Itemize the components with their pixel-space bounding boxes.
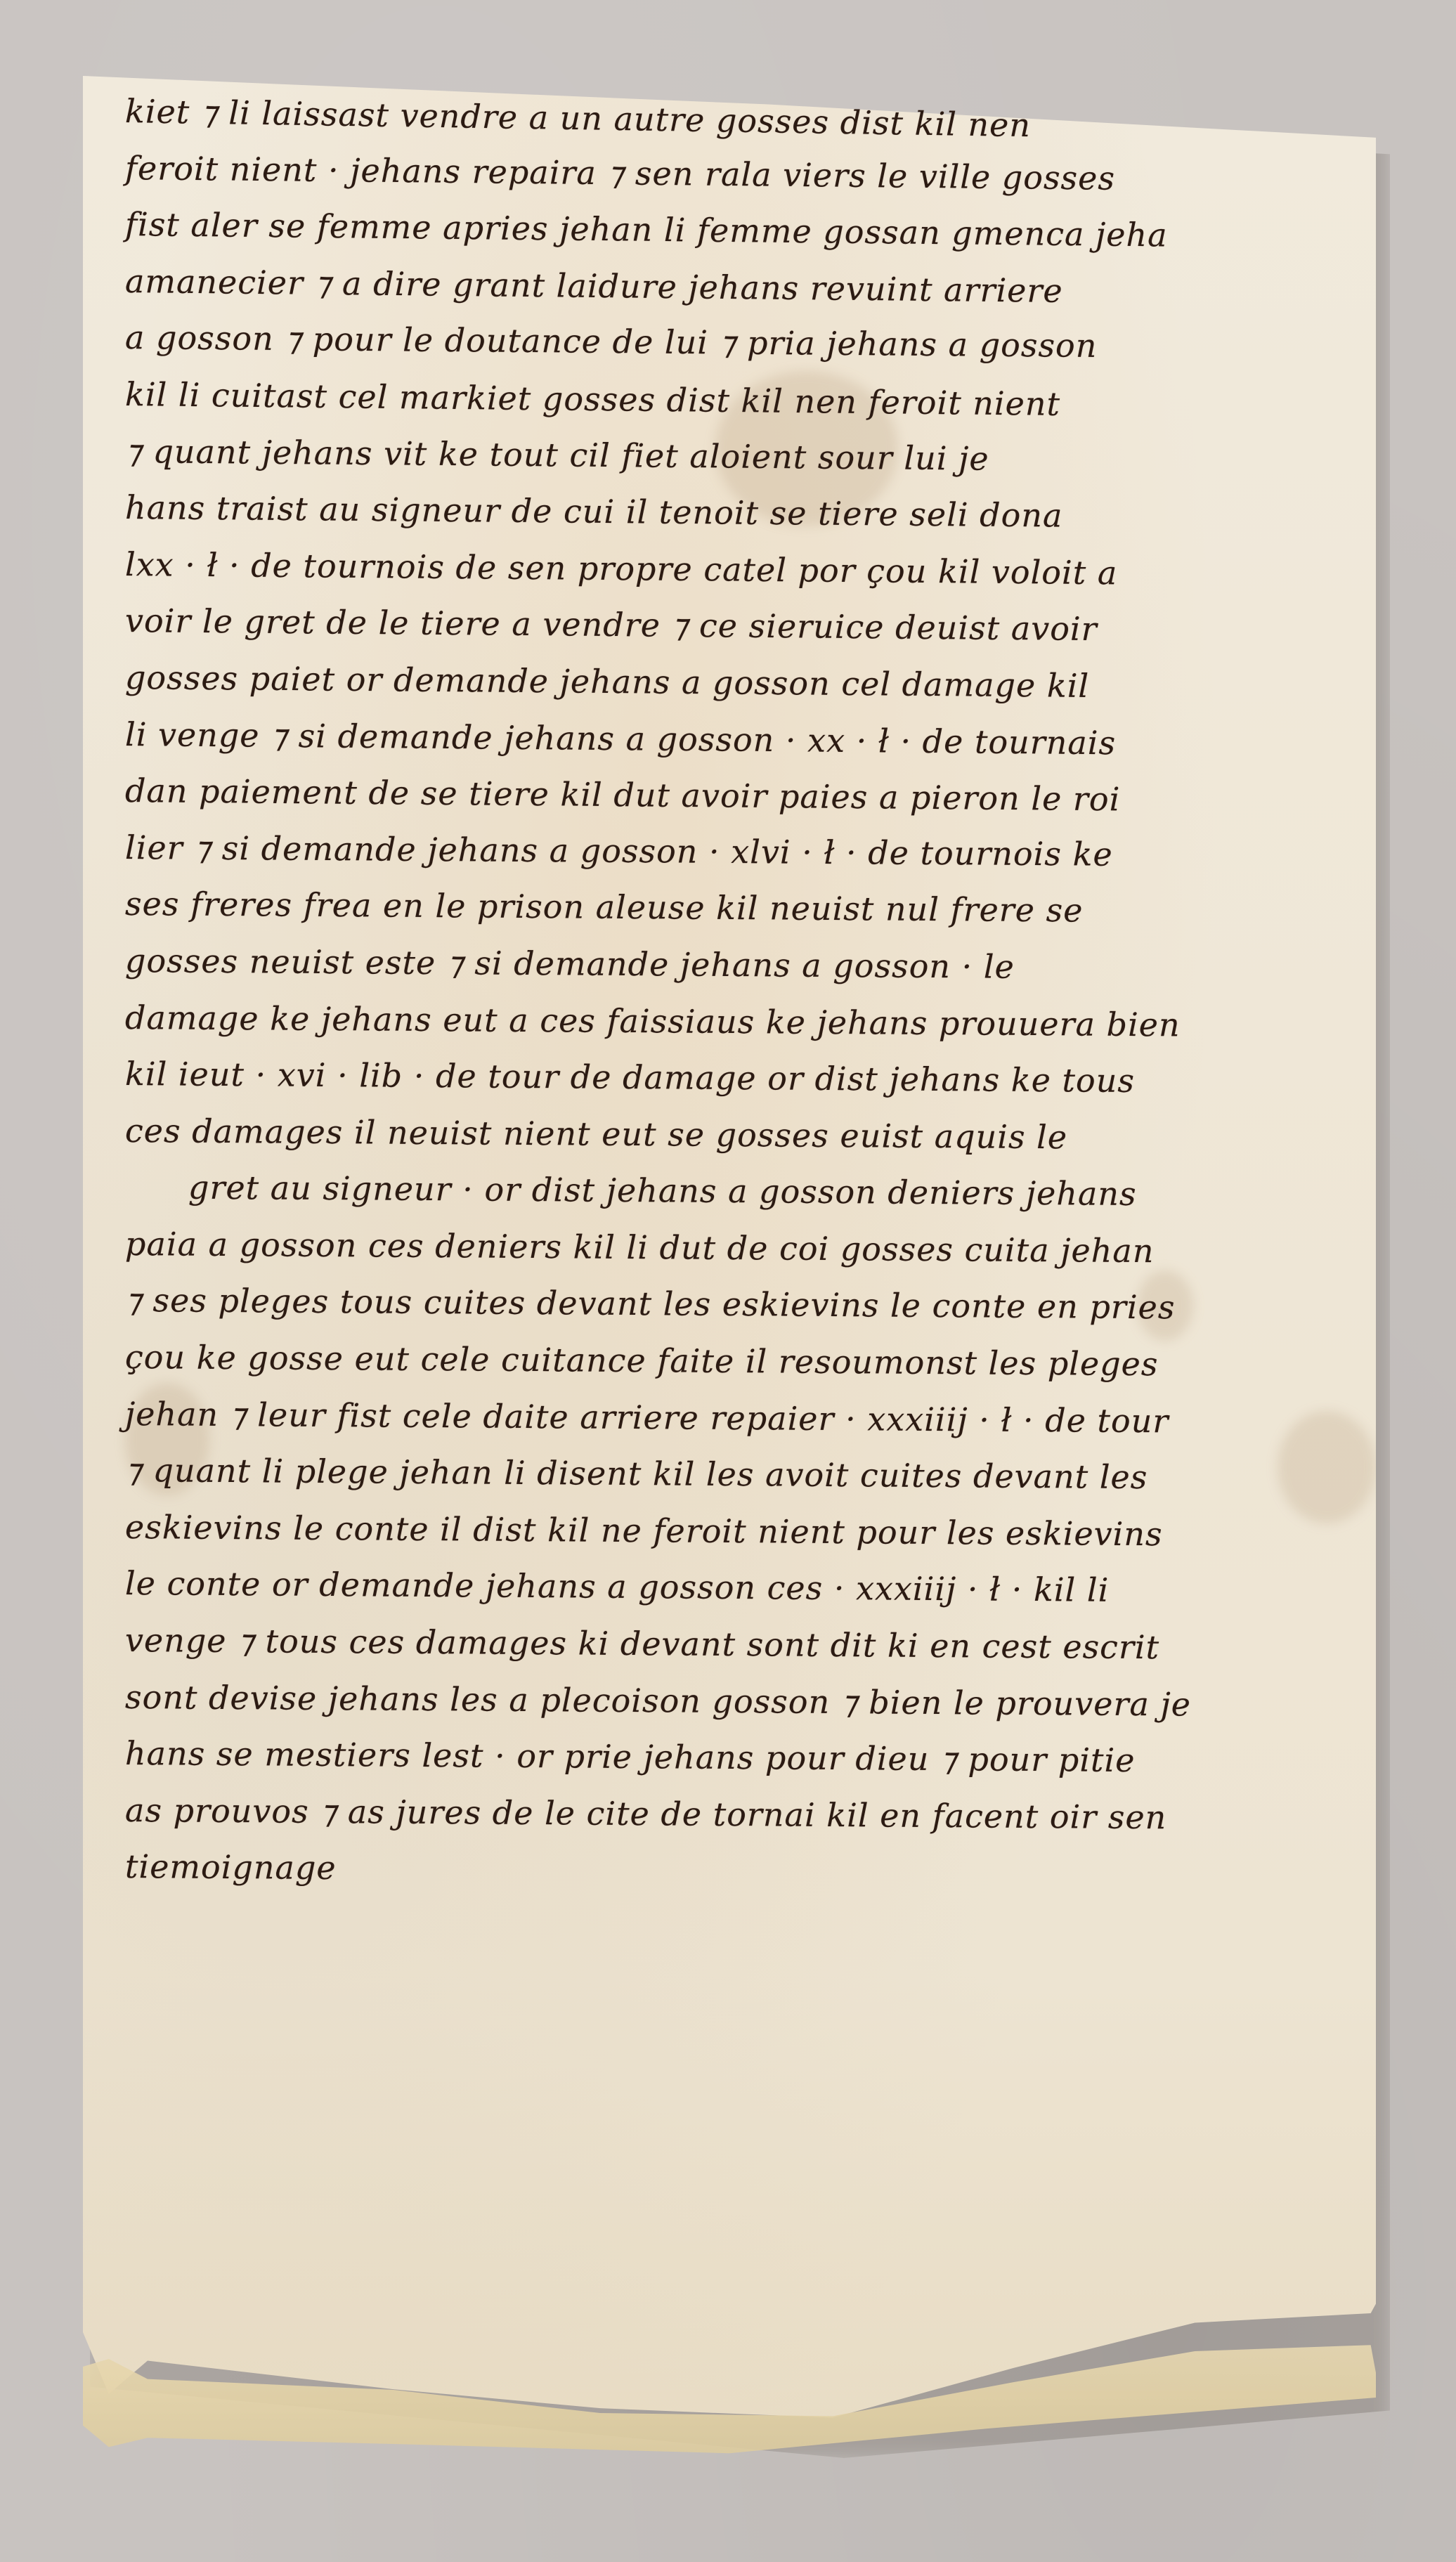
manuscript-line: ⁊ ses pleges tous cuites devant les eski… — [125, 1272, 1370, 1337]
manuscript-line: kil ieut · xvi · lib · de tour de damage… — [125, 1046, 1370, 1111]
manuscript-line: voir le gret de le tiere a vendre ⁊ ce s… — [125, 592, 1370, 660]
manuscript-line: eskievins le conte il dist kil ne feroit… — [125, 1499, 1370, 1564]
manuscript-line: gosses neuist este ⁊ si demande jehans a… — [125, 932, 1370, 998]
manuscript-line: hans traist au signeur de cui il tenoit … — [125, 479, 1370, 547]
manuscript-line: dan paiement de se tiere kil dut avoir p… — [125, 762, 1370, 830]
manuscript-line: ces damages il neuist nient eut se gosse… — [125, 1103, 1370, 1168]
manuscript-text: kiet ⁊ li laissast vendre a un autre gos… — [125, 83, 1369, 1895]
manuscript-line: çou ke gosse eut cele cuitance faite il … — [125, 1329, 1370, 1394]
manuscript-line: li venge ⁊ si demande jehans a gosson · … — [125, 706, 1370, 774]
manuscript-line: lier ⁊ si demande jehans a gosson · xlvi… — [125, 819, 1370, 885]
manuscript-line: ⁊ quant jehans vit ke tout cil fiet aloi… — [125, 423, 1370, 490]
manuscript-line: gosses paiet or demande jehans a gosson … — [125, 649, 1370, 717]
manuscript-line: ⁊ quant li plege jehan li disent kil les… — [125, 1442, 1370, 1507]
manuscript-line: damage ke jehans eut a ces faissiaus ke … — [125, 989, 1370, 1055]
manuscript-line: a gosson ⁊ pour le doutance de lui ⁊ pri… — [125, 309, 1370, 377]
manuscript-line: ses freres frea en le prison aleuse kil … — [125, 876, 1370, 941]
manuscript-line: le conte or demande jehans a gosson ces … — [125, 1555, 1370, 1620]
manuscript-line: sont devise jehans les a plecoison gosso… — [125, 1669, 1370, 1734]
manuscript-line: hans se mestiers lest · or prie jehans p… — [125, 1725, 1370, 1790]
manuscript-line: gret au signeur · or dist jehans a gosso… — [125, 1159, 1370, 1224]
manuscript-line: paia a gosson ces deniers kil li dut de … — [125, 1216, 1370, 1281]
manuscript-line: venge ⁊ tous ces damages ki devant sont … — [125, 1612, 1370, 1677]
manuscript-line: as prouvos ⁊ as jures de le cite de torn… — [125, 1782, 1370, 1847]
manuscript-line: tiemoignage — [125, 1838, 1370, 1904]
manuscript-line: jehan ⁊ leur fist cele daite arriere rep… — [125, 1386, 1370, 1451]
